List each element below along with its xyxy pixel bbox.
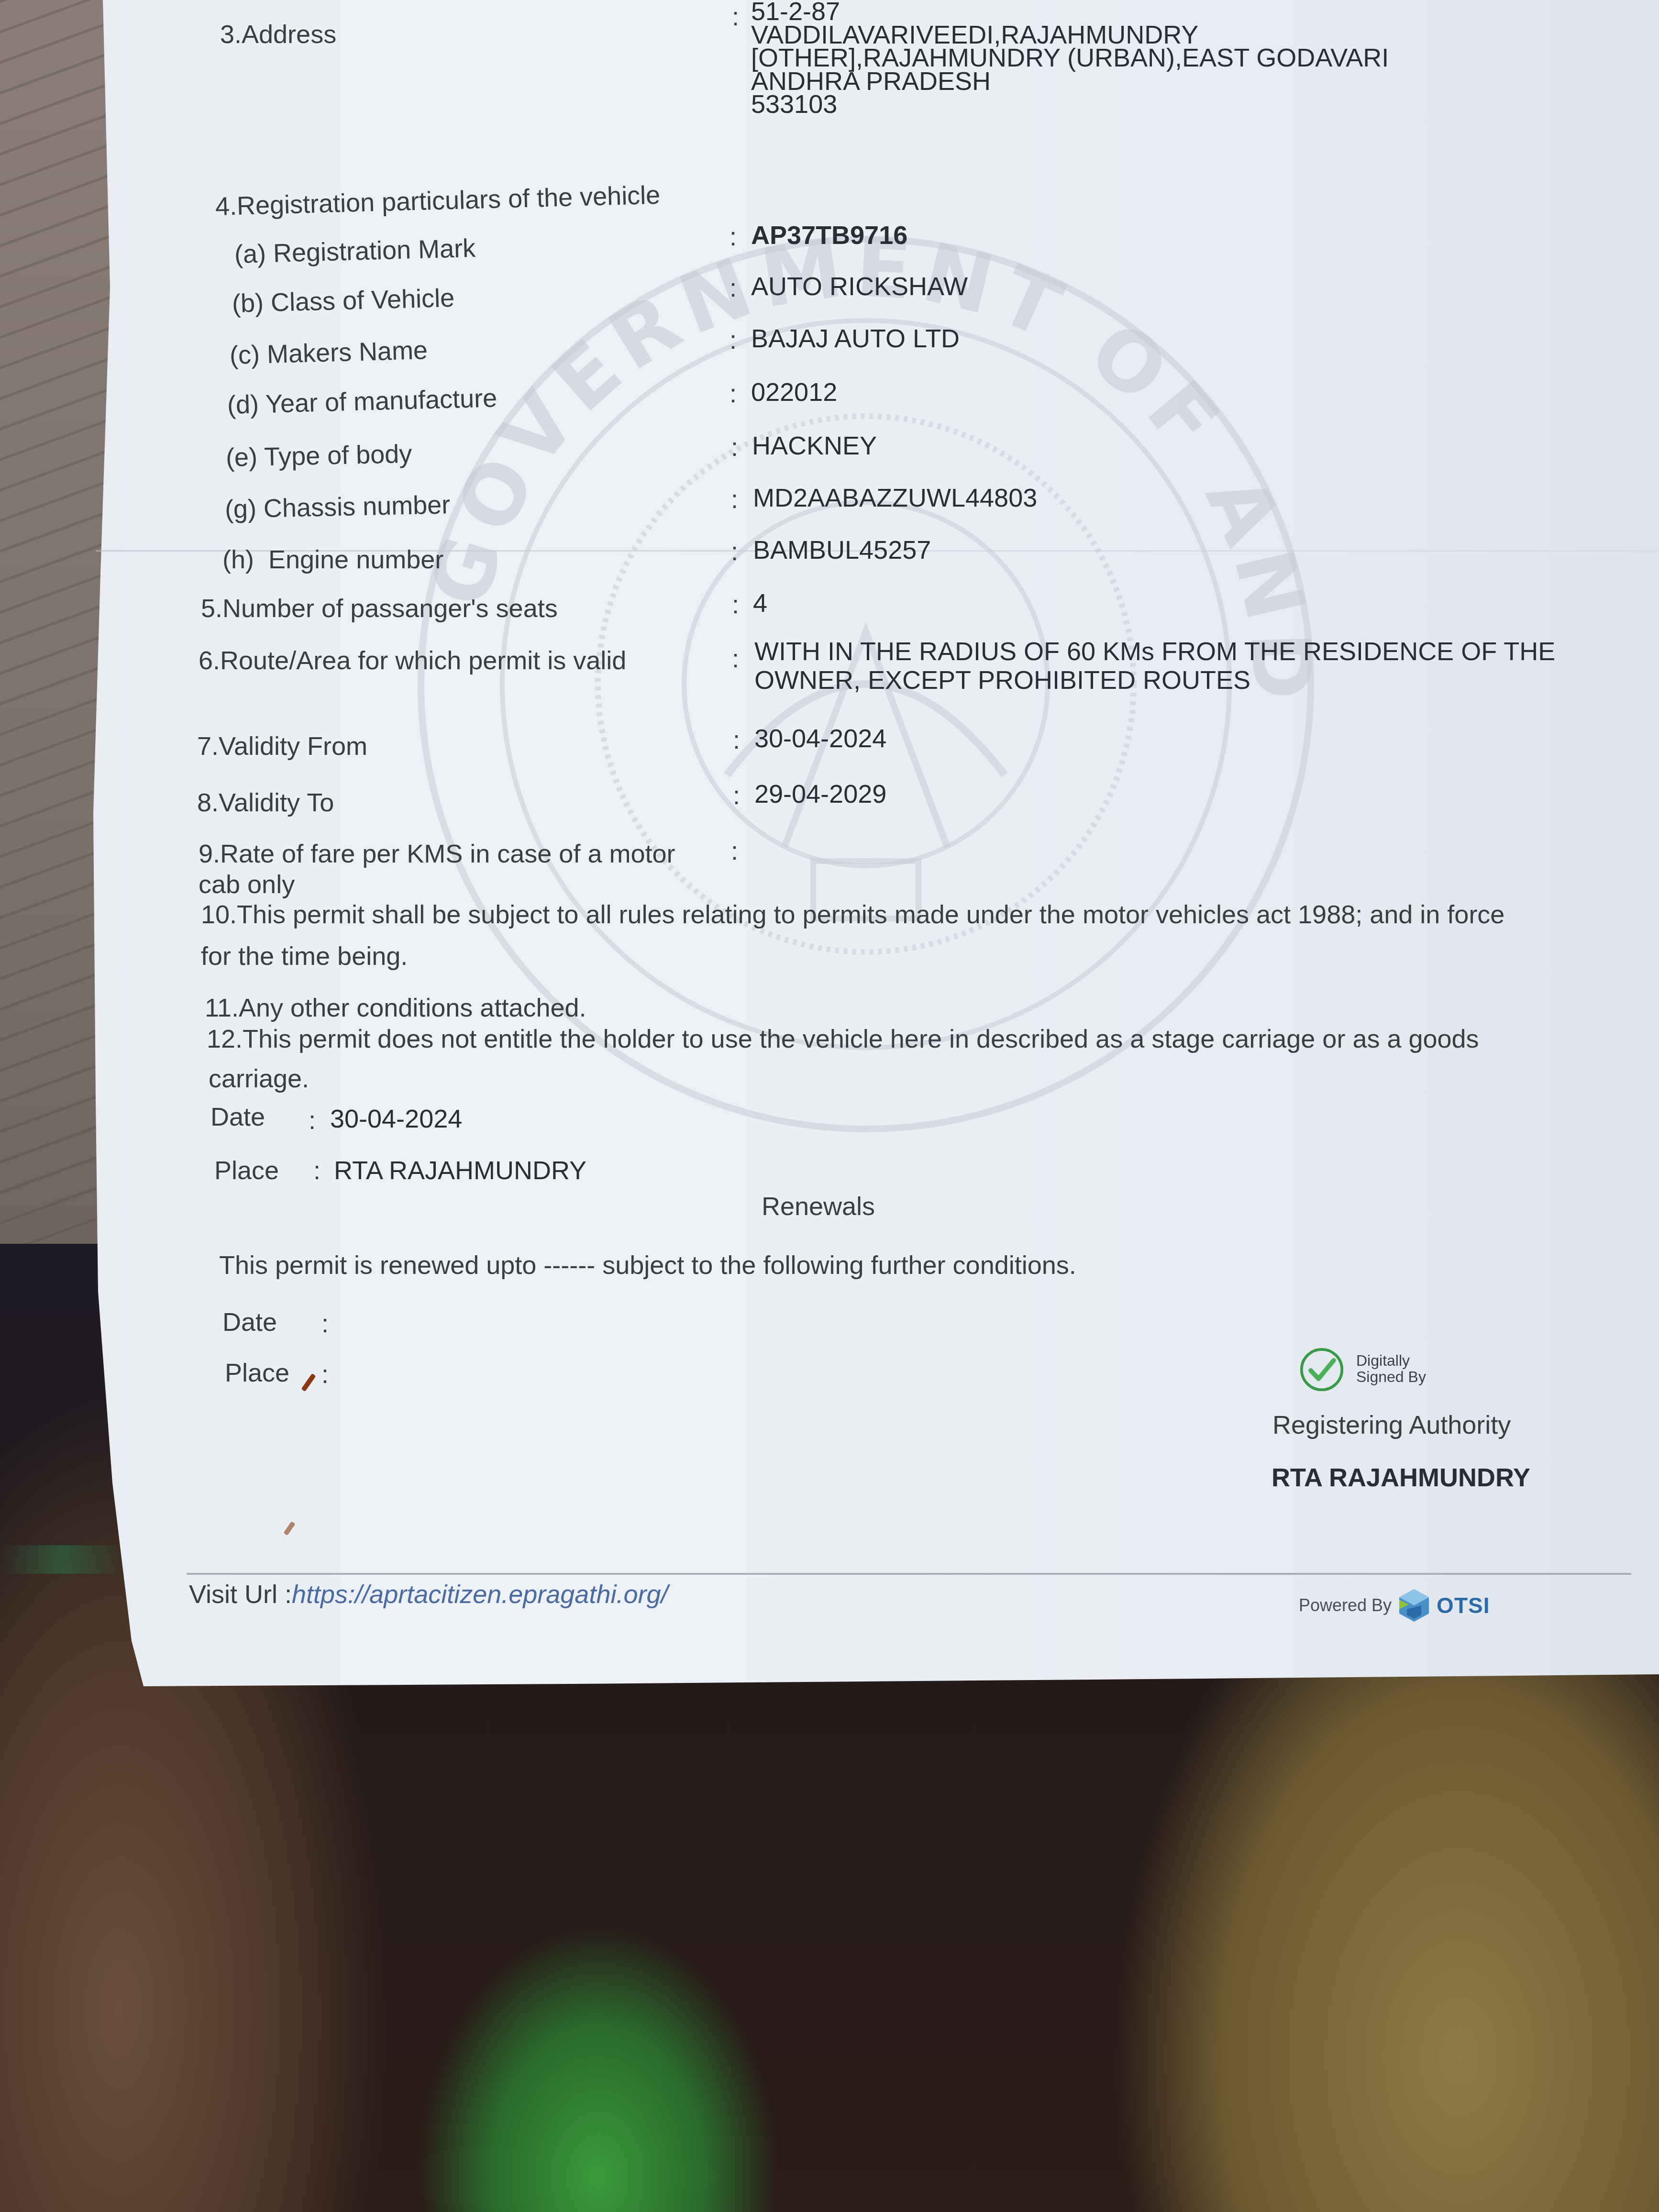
validity-to-value: 29-04-2029 — [754, 781, 886, 807]
renewal-date-label: Date — [222, 1309, 277, 1335]
digitally-signed-badge-text: Digitally Signed By — [1356, 1353, 1426, 1385]
issue-place-value: RTA RAJAHMUNDRY — [334, 1158, 586, 1183]
route-area-label: 6.Route/Area for which permit is valid — [199, 648, 626, 674]
powered-by: Powered By OTSI — [1299, 1588, 1490, 1623]
field-colon: : — [321, 1311, 329, 1337]
field-colon: : — [730, 275, 737, 301]
registration-mark-label: (a) Registration Mark — [234, 235, 476, 267]
field-colon: : — [730, 327, 737, 353]
registering-authority-label: Registering Authority — [1272, 1412, 1511, 1438]
otsi-brand: OTSI — [1437, 1593, 1490, 1618]
field-colon: : — [731, 539, 738, 564]
field-colon: : — [730, 224, 737, 250]
condition-11: 11.Any other conditions attached. — [205, 995, 586, 1021]
passenger-seats-value: 4 — [753, 590, 767, 616]
condition-12: 12.This permit does not entitle the hold… — [207, 1026, 1479, 1052]
field-colon: : — [732, 592, 739, 618]
validity-to-label: 8.Validity To — [197, 790, 334, 816]
field-colon: : — [731, 487, 738, 512]
year-of-manufacture-value: 022012 — [751, 379, 837, 405]
year-of-manufacture-label: (d) Year of manufacture — [227, 385, 498, 418]
renewals-heading: Renewals — [762, 1194, 875, 1219]
digital-signature-check-icon — [1299, 1347, 1345, 1393]
validity-from-value: 30-04-2024 — [754, 726, 886, 752]
body-type-value: HACKNEY — [752, 433, 877, 459]
field-colon: : — [730, 381, 737, 407]
engine-number-value: BAMBUL45257 — [753, 537, 931, 563]
badge-line: Digitally — [1356, 1353, 1426, 1369]
address-line: VADDILAVARIVEEDI,RAJAHMUNDRY — [751, 23, 1389, 47]
fare-rate-label-continued: cab only — [199, 872, 295, 897]
vehicle-class-value: AUTO RICKSHAW — [751, 274, 968, 299]
route-area-value-line1: WITH IN THE RADIUS OF 60 KMs FROM THE RE… — [754, 639, 1555, 664]
field-colon: : — [313, 1158, 321, 1183]
engine-number-label: (h) Engine number — [222, 547, 443, 573]
makers-name-label: (c) Makers Name — [229, 337, 428, 368]
issue-place-label: Place — [214, 1158, 279, 1183]
field-colon: : — [731, 434, 738, 460]
field-colon: : — [733, 783, 740, 808]
footer-url: Visit Url :https://aprtacitizen.epragath… — [189, 1582, 668, 1607]
registration-mark-value: AP37TB9716 — [751, 222, 907, 248]
address-line: ANDHRA PRADESH — [751, 70, 1389, 93]
route-area-value-line2: OWNER, EXCEPT PROHIBITED ROUTES — [754, 667, 1250, 693]
address-label: 3.Address — [220, 22, 336, 47]
visit-url-label: Visit Url : — [189, 1580, 292, 1609]
chassis-number-value: MD2AABAZZUWL44803 — [753, 485, 1037, 511]
otsi-logo-icon — [1397, 1588, 1431, 1623]
field-colon: : — [733, 727, 740, 753]
field-colon: : — [732, 646, 739, 672]
validity-from-label: 7.Validity From — [197, 733, 367, 759]
portal-link[interactable]: https://aprtacitizen.epragathi.org/ — [292, 1580, 668, 1609]
fare-rate-label: 9.Rate of fare per KMS in case of a moto… — [199, 841, 675, 867]
footer-divider — [187, 1573, 1631, 1575]
condition-12-continued: carriage. — [209, 1066, 309, 1092]
badge-line: Signed By — [1356, 1369, 1426, 1385]
issue-date-label: Date — [210, 1104, 265, 1130]
passenger-seats-label: 5.Number of passanger's seats — [201, 596, 558, 621]
address-value: 51-2-87 VADDILAVARIVEEDI,RAJAHMUNDRY [OT… — [751, 0, 1389, 116]
renewal-place-label: Place — [225, 1360, 289, 1386]
condition-10: 10.This permit shall be subject to all r… — [201, 902, 1504, 928]
chassis-number-label: (g) Chassis number — [224, 492, 450, 522]
vehicle-class-label: (b) Class of Vehicle — [232, 285, 454, 317]
field-colon: : — [731, 838, 738, 864]
address-colon: : — [732, 4, 739, 30]
issue-date-value: 30-04-2024 — [330, 1106, 462, 1132]
makers-name-value: BAJAJ AUTO LTD — [751, 326, 960, 352]
background-detail — [0, 1545, 124, 1574]
signing-office: RTA RAJAHMUNDRY — [1272, 1465, 1530, 1491]
renewal-conditions-text: This permit is renewed upto ------ subje… — [219, 1252, 1076, 1278]
powered-by-label: Powered By — [1299, 1595, 1392, 1615]
field-colon: : — [309, 1107, 316, 1133]
condition-10-continued: for the time being. — [201, 943, 408, 969]
body-type-label: (e) Type of body — [225, 441, 412, 471]
field-colon: : — [321, 1361, 329, 1387]
address-line: [OTHER],RAJAHMUNDRY (URBAN),EAST GODAVAR… — [751, 46, 1389, 70]
address-line: 533103 — [751, 93, 1389, 116]
address-line: 51-2-87 — [751, 0, 1389, 23]
